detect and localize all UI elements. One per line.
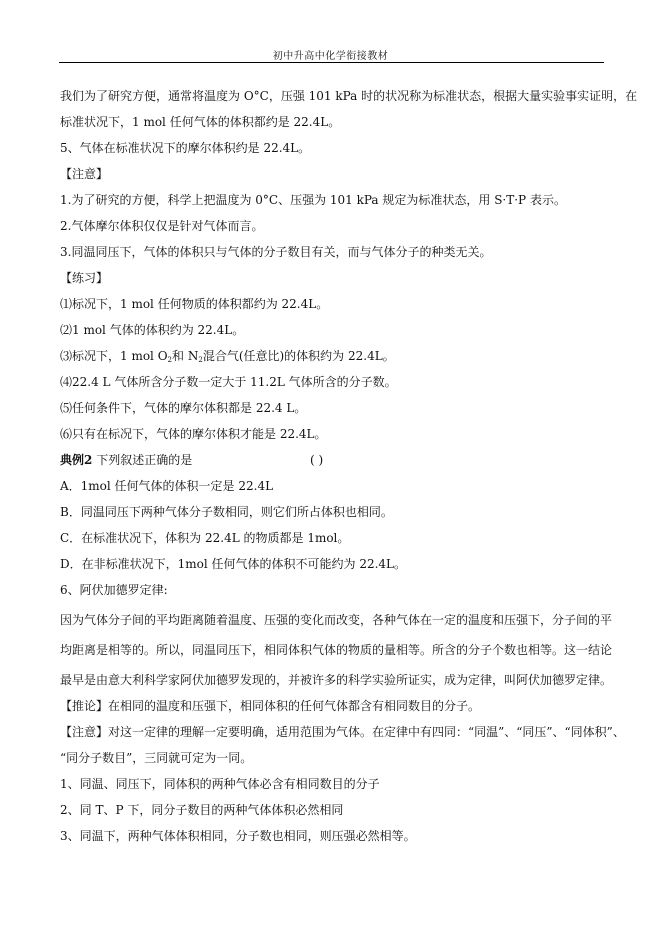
exercise-item: ⑴标况下，1 mol 任何物质的体积都约为 22.4L。 [60, 296, 328, 312]
note-paragraph: “同分子数目”，三同就可定为一同。 [60, 750, 252, 766]
exercise-item: ⑸任何条件下，气体的摩尔体积都是 22.4 L。 [60, 400, 306, 416]
note-item: 1.为了研究的方便，科学上把温度为 0°C、压强为 101 kPa 规定为标准状… [60, 192, 566, 208]
example-question: 典例2 下列叙述正确的是 ( ) [60, 452, 605, 468]
exercise-item: ⑵1 mol 气体的体积约为 22.4L。 [60, 322, 244, 338]
note-paragraph: 【注意】对这一定律的理解一定要明确，适用范围为气体。在定律中有四同：“同温”、“… [60, 724, 625, 740]
paragraph-line: 均距离是相等的。所以，同温同压下，相同体积气体的物质的量相等。所含的分子个数也相… [60, 642, 612, 658]
exercise-item: ⑶标况下，1 mol O2和 N2混合气(任意比)的体积约为 22.4L。 [60, 348, 395, 368]
inference: 【推论】在相同的温度和压强下，相同体积的任何气体都含有相同数目的分子。 [60, 698, 480, 714]
exercise-item: ⑷22.4 L 气体所含分子数一定大于 11.2L 气体所含的分子数。 [60, 374, 397, 390]
page-header-title: 初中升高中化学衔接教材 [0, 47, 661, 62]
example-label: 典例2 [60, 453, 92, 467]
option-c: C．在标准状况下，体积为 22.4L 的物质都是 1mol。 [60, 530, 349, 546]
paragraph-line: 我们为了研究方便，通常将温度为 O°C，压强 101 kPa 时的状况称为标准状… [60, 88, 637, 104]
point-item: 2、同 T、P 下，同分子数目的两种气体体积必然相同 [60, 802, 343, 818]
note-heading: 【注意】 [60, 166, 108, 182]
exercise-text: 和 N [172, 349, 198, 363]
option-d: D．在非标准状况下，1mol 任何气体的体积不可能约为 22.4L。 [60, 556, 406, 572]
option-a: A．1mol 任何气体的体积一定是 22.4L [60, 478, 273, 494]
paragraph-line: 标准状况下，1 mol 任何气体的体积都约是 22.4L。 [60, 114, 340, 130]
paragraph-line: 最早是由意大利科学家阿伏加德罗发现的，并被许多的科学实验所证实，成为定律，叫阿伏… [60, 672, 612, 688]
note-item: 2.气体摩尔体积仅仅是针对气体而言。 [60, 218, 263, 234]
exercise-text: ⑶标况下，1 mol O [60, 349, 168, 363]
exercise-item: ⑹只有在标况下，气体的摩尔体积才能是 22.4L。 [60, 426, 327, 442]
exercise-heading: 【练习】 [60, 270, 108, 286]
header-divider [59, 62, 604, 63]
paragraph-line: 因为气体分子间的平均距离随着温度、压强的变化而改变，各种气体在一定的温度和压强下… [60, 612, 612, 628]
exercise-text: 混合气(任意比)的体积约为 22.4L。 [203, 349, 395, 363]
answer-blank: ( ) [310, 452, 323, 468]
note-item: 3.同温同压下，气体的体积只与气体的分子数目有关，而与气体分子的种类无关。 [60, 244, 491, 260]
option-b: B．同温同压下两种气体分子数相同，则它们所占体积也相同。 [60, 504, 393, 520]
document-page: 初中升高中化学衔接教材 我们为了研究方便，通常将温度为 O°C，压强 101 k… [0, 0, 661, 935]
section-heading-6: 6、阿伏加德罗定律: [60, 582, 168, 598]
point-item: 1、同温、同压下，同体积的两种气体必含有相同数目的分子 [60, 776, 380, 792]
example-question-text: 下列叙述正确的是 [96, 453, 192, 467]
section-item-5: 5、气体在标准状况下的摩尔体积约是 22.4L。 [60, 140, 310, 156]
point-item: 3、同温下，两种气体体积相同，分子数也相同，则压强必然相等。 [60, 828, 416, 844]
